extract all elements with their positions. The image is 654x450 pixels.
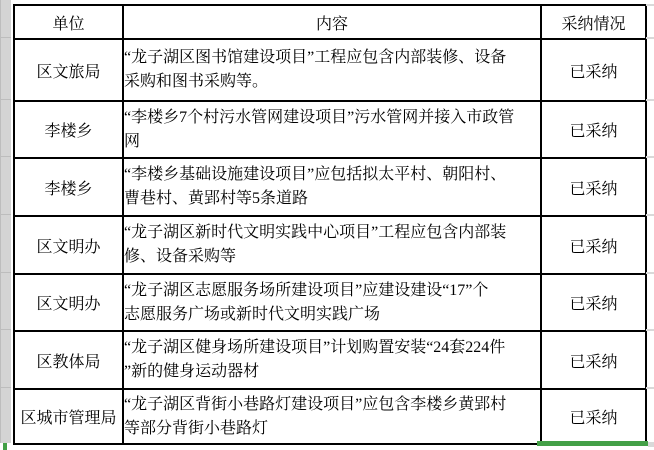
gridline-stub xyxy=(646,214,654,216)
table-row: 区文旅局 “龙子湖区图书馆建设项目”工程应包含内部装修、设备 采购和图书采购等。… xyxy=(14,39,646,101)
unit-cell[interactable]: 李楼乡 xyxy=(14,101,123,158)
gridline-stub xyxy=(648,442,654,447)
content-cell[interactable]: “李楼乡基础设施建设项目”应包括拟太平村、朝阳村、 曹巷村、黄郢村等5条道路 xyxy=(123,158,541,216)
col-header-unit[interactable]: 单位 xyxy=(14,5,123,39)
table-header-row: 单位 内容 采纳情况 xyxy=(14,5,646,39)
table-row: 区城市管理局 “龙子湖区背街小巷路灯建设项目”应包含李楼乡黄郢村 等部分背街小巷… xyxy=(14,389,646,444)
row-header-cell[interactable] xyxy=(1,0,11,38)
table-row: 区文明办 “龙子湖区新时代文明实践中心项目”工程应包含内部装 修、设备采购等 已… xyxy=(14,216,646,274)
selected-cell-border xyxy=(537,441,648,446)
row-header-cell[interactable] xyxy=(1,100,11,157)
table-row: 李楼乡 “李楼乡7个村污水管网建设项目”污水管网并接入市政管 网 已采纳 xyxy=(14,101,646,158)
status-cell[interactable]: 已采纳 xyxy=(541,274,646,331)
gridline-stub xyxy=(646,99,654,101)
unit-cell[interactable]: 区教体局 xyxy=(14,331,123,389)
col-header-content[interactable]: 内容 xyxy=(123,5,541,39)
row-header-cell[interactable] xyxy=(1,330,11,388)
content-cell[interactable]: “龙子湖区新时代文明实践中心项目”工程应包含内部装 修、设备采购等 xyxy=(123,216,541,274)
gridline-stub xyxy=(646,272,654,274)
row-header-cell[interactable] xyxy=(1,38,11,100)
unit-cell[interactable]: 区文明办 xyxy=(14,216,123,274)
gridline-stub xyxy=(646,156,654,158)
row-header-cell[interactable] xyxy=(1,215,11,273)
col-header-status[interactable]: 采纳情况 xyxy=(541,5,646,39)
content-cell[interactable]: “龙子湖区健身场所建设项目”计划购置安装“24套224件 ”新的健身运动器材 xyxy=(123,331,541,389)
table-row: 区文明办 “龙子湖区志愿服务场所建设项目”应建设建设“17”个 志愿服务广场或新… xyxy=(14,274,646,331)
content-cell[interactable]: “李楼乡7个村污水管网建设项目”污水管网并接入市政管 网 xyxy=(123,101,541,158)
gridline-stub xyxy=(646,329,654,331)
row-header-cell[interactable] xyxy=(1,388,11,443)
status-cell[interactable]: 已采纳 xyxy=(541,101,646,158)
approval-table: 单位 内容 采纳情况 区文旅局 “龙子湖区图书馆建设项目”工程应包含内部装修、设… xyxy=(13,4,647,445)
selected-row-indicator xyxy=(3,443,7,450)
status-cell[interactable]: 已采纳 xyxy=(541,331,646,389)
content-cell[interactable]: “龙子湖区背街小巷路灯建设项目”应包含李楼乡黄郢村 等部分背街小巷路灯 xyxy=(123,389,541,444)
content-cell[interactable]: “龙子湖区志愿服务场所建设项目”应建设建设“17”个 志愿服务广场或新时代文明实… xyxy=(123,274,541,331)
content-cell[interactable]: “龙子湖区图书馆建设项目”工程应包含内部装修、设备 采购和图书采购等。 xyxy=(123,39,541,101)
row-header-cell[interactable] xyxy=(1,273,11,330)
table-row: 区教体局 “龙子湖区健身场所建设项目”计划购置安装“24套224件 ”新的健身运… xyxy=(14,331,646,389)
gridline-stub xyxy=(646,37,654,39)
row-header-cell[interactable] xyxy=(1,157,11,215)
unit-cell[interactable]: 区文明办 xyxy=(14,274,123,331)
gridline-stub xyxy=(646,387,654,389)
gridline-stub xyxy=(646,4,654,6)
status-cell[interactable]: 已采纳 xyxy=(541,216,646,274)
status-cell[interactable]: 已采纳 xyxy=(541,39,646,101)
status-cell[interactable]: 已采纳 xyxy=(541,158,646,216)
unit-cell[interactable]: 李楼乡 xyxy=(14,158,123,216)
table-row: 李楼乡 “李楼乡基础设施建设项目”应包括拟太平村、朝阳村、 曹巷村、黄郢村等5条… xyxy=(14,158,646,216)
unit-cell[interactable]: 区城市管理局 xyxy=(14,389,123,444)
unit-cell[interactable]: 区文旅局 xyxy=(14,39,123,101)
status-cell[interactable]: 已采纳 xyxy=(541,389,646,444)
row-header-strip xyxy=(0,0,11,443)
